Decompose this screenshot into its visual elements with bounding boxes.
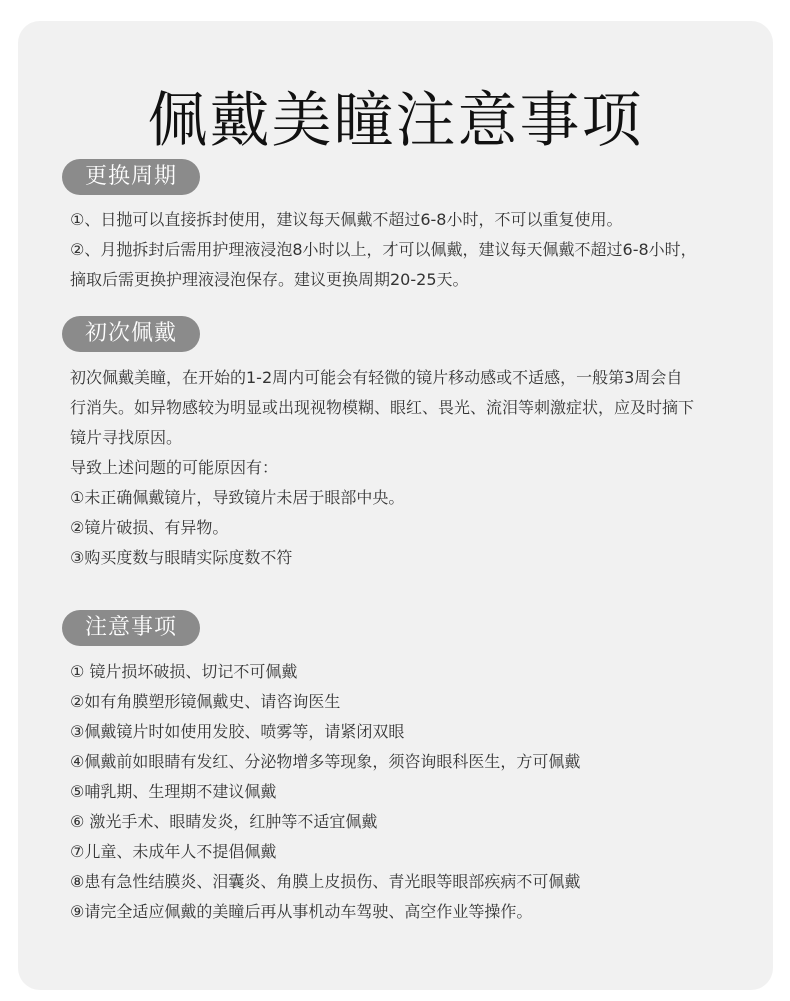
list-item: ⑤哺乳期、生理期不建议佩戴 <box>70 777 750 807</box>
list-item: ⑧患有急性结膜炎、泪囊炎、角膜上皮损伤、青光眼等眼部疾病不可佩戴 <box>70 867 750 897</box>
notice-card: 佩戴美瞳注意事项 更换周期 ①、日抛可以直接拆封使用，建议每天佩戴不超过6-8小… <box>18 21 773 990</box>
section-heading-replacement-cycle: 更换周期 <box>62 159 200 195</box>
text-line: 行消失。如异物感较为明显或出现视物模糊、眼红、畏光、流泪等刺激症状，应及时摘下 <box>70 393 750 423</box>
section-body-precautions: ① 镜片损坏破损、切记不可佩戴 ②如有角膜塑形镜佩戴史、请咨询医生 ③佩戴镜片时… <box>70 657 750 927</box>
list-item: ③佩戴镜片时如使用发胶、喷雾等，请紧闭双眼 <box>70 717 750 747</box>
page-title: 佩戴美瞳注意事项 <box>18 81 773 161</box>
text-line: ①、日抛可以直接拆封使用，建议每天佩戴不超过6-8小时，不可以重复使用。 <box>70 205 750 235</box>
section-heading-first-wear: 初次佩戴 <box>62 316 200 352</box>
list-item: ⑥ 激光手术、眼睛发炎，红肿等不适宜佩戴 <box>70 807 750 837</box>
text-line: ①未正确佩戴镜片，导致镜片未居于眼部中央。 <box>70 483 750 513</box>
text-line: 镜片寻找原因。 <box>70 423 750 453</box>
list-item: ④佩戴前如眼睛有发红、分泌物增多等现象，须咨询眼科医生，方可佩戴 <box>70 747 750 777</box>
text-line: ③购买度数与眼睛实际度数不符 <box>70 543 750 573</box>
text-line: 初次佩戴美瞳，在开始的1-2周内可能会有轻微的镜片移动感或不适感，一般第3周会自 <box>70 363 750 393</box>
list-item: ②如有角膜塑形镜佩戴史、请咨询医生 <box>70 687 750 717</box>
text-line: 摘取后需更换护理液浸泡保存。建议更换周期20-25天。 <box>70 265 750 295</box>
section-heading-precautions: 注意事项 <box>62 610 200 646</box>
text-line: ②、月抛拆封后需用护理液浸泡8小时以上，才可以佩戴，建议每天佩戴不超过6-8小时… <box>70 235 750 265</box>
list-item: ⑨请完全适应佩戴的美瞳后再从事机动车驾驶、高空作业等操作。 <box>70 897 750 927</box>
text-line: 导致上述问题的可能原因有： <box>70 453 750 483</box>
list-item: ① 镜片损坏破损、切记不可佩戴 <box>70 657 750 687</box>
section-body-first-wear: 初次佩戴美瞳，在开始的1-2周内可能会有轻微的镜片移动感或不适感，一般第3周会自… <box>70 363 750 573</box>
section-body-replacement-cycle: ①、日抛可以直接拆封使用，建议每天佩戴不超过6-8小时，不可以重复使用。 ②、月… <box>70 205 750 295</box>
text-line: ②镜片破损、有异物。 <box>70 513 750 543</box>
list-item: ⑦儿童、未成年人不提倡佩戴 <box>70 837 750 867</box>
